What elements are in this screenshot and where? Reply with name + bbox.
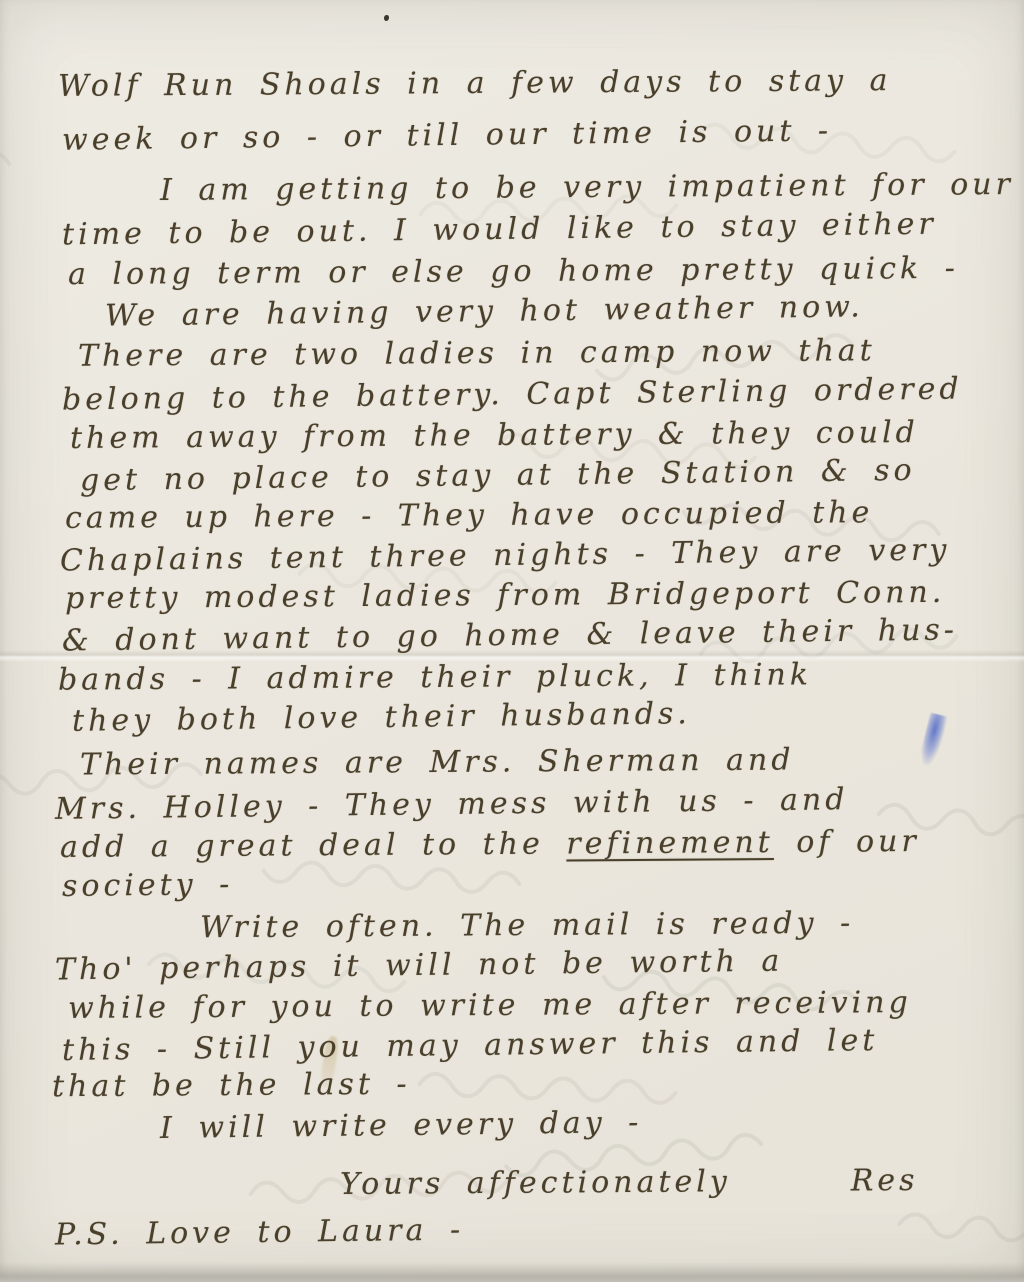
letter-line: Their names are Mrs. Sherman and: [80, 743, 795, 783]
letter-line: Write often. The mail is ready -: [200, 906, 854, 946]
paper-bottom-edge: [0, 1262, 1024, 1282]
letter-line: time to be out. I would like to stay eit…: [62, 207, 937, 253]
letter-line: I am getting to be very impatient for ou…: [160, 167, 1014, 208]
letter-page: Wolf Run Shoals in a few days to stay a …: [0, 0, 1024, 1282]
letter-line: they both love their husbands.: [72, 696, 691, 739]
letter-line: a long term or else go home pretty quick…: [68, 251, 959, 292]
letter-line: came up here - They have occupied the: [65, 495, 874, 536]
letter-line: pretty modest ladies from Bridgeport Con…: [65, 575, 946, 616]
letter-line: Wolf Run Shoals in a few days to stay a: [58, 63, 892, 104]
signature-initials: Res: [851, 1163, 919, 1198]
blue-ink-smudge: [918, 713, 948, 768]
ink-speck: [384, 15, 389, 21]
letter-line: get no place to stay at the Station & so: [80, 453, 916, 498]
postscript-line: P.S. Love to Laura -: [55, 1213, 465, 1253]
letter-line: add a great deal to the refinement of ou…: [60, 824, 920, 865]
letter-line: society -: [62, 867, 234, 904]
letter-line: There are two ladies in camp now that: [78, 333, 876, 374]
letter-line: that be the last -: [52, 1067, 411, 1105]
letter-line: Chaplains tent three nights - They are v…: [60, 533, 951, 579]
letter-line: them away from the battery & they could: [70, 415, 919, 456]
underlined-word: refinement: [566, 825, 774, 861]
letter-line: week or so - or till our time is out -: [62, 113, 832, 157]
letter-line: We are having very hot weather now.: [105, 289, 864, 333]
signature-line: Yours affectionatelyRes: [340, 1163, 919, 1202]
letter-line: I will write every day -: [160, 1105, 643, 1146]
letter-line: this - Still you may answer this and let: [62, 1023, 879, 1068]
letter-line-text: add a great deal to the: [60, 826, 567, 865]
letter-line: Tho' perhaps it will not be worth a: [55, 944, 784, 988]
letter-line: Mrs. Holley - They mess with us - and: [55, 782, 849, 827]
letter-line: while for you to write me after receivin…: [68, 985, 912, 1026]
letter-line: belong to the battery. Capt Sterling ord…: [62, 372, 963, 418]
letter-line-text: of our: [774, 824, 920, 860]
closing-text: Yours affectionately: [340, 1164, 731, 1202]
letter-line: bands - I admire their pluck, I think: [58, 657, 812, 697]
